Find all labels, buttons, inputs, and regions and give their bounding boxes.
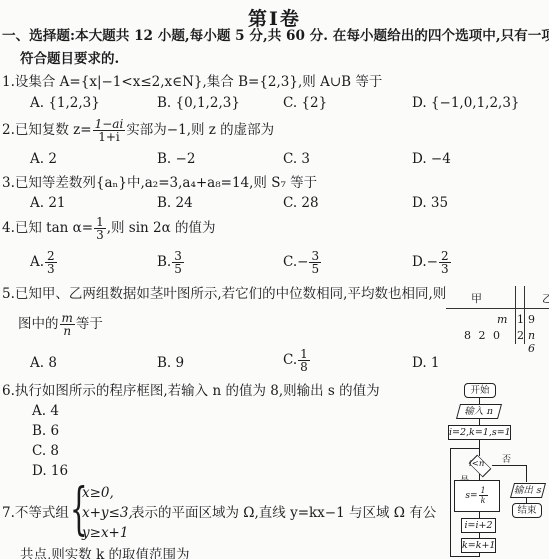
increment-i-node: i=i+2 — [461, 518, 496, 533]
question-stem: 不等式组 — [15, 505, 69, 521]
option-sign: − — [427, 254, 438, 270]
inequality-2: x+y≤3, — [82, 504, 133, 522]
q3-option-b: B. 24 — [157, 195, 193, 211]
q1-option-a: A. {1,2,3} — [30, 95, 100, 111]
numerator: 1 — [479, 486, 488, 496]
q4-option-d: D.−23 — [412, 250, 452, 275]
connector — [526, 465, 527, 482]
stem: 2 — [517, 329, 524, 342]
end-node: 结束 — [512, 503, 542, 518]
condition-label: i<n — [469, 459, 484, 469]
question-4: 4.已知 tan α=13,则 sin 2α 的值为 — [2, 216, 216, 241]
question-stem: 等于 — [76, 316, 103, 332]
question-number: 1. — [2, 74, 15, 90]
question-stem: 已知等差数列{aₙ}中,a₂=3,a₄+a₈=14,则 S₇ 等于 — [15, 175, 317, 191]
question-stem: 已知甲、乙两组数据如茎叶图所示,若它们的中位数相同,平均数也相同,则 — [15, 286, 446, 302]
option-label: D. — [412, 254, 427, 270]
inequality-3: y≥x+1 — [82, 524, 128, 542]
leaf-right: n 6 — [528, 329, 549, 355]
question-stem: 实部为−1,则 z 的虚部为 — [126, 122, 274, 138]
q2-option-c: C. 3 — [283, 151, 310, 167]
question-stem: 已知复数 z= — [15, 122, 92, 138]
denominator: n — [60, 325, 75, 337]
q6-option-d: D. 16 — [32, 463, 68, 479]
init-node: i=2,k=1,s=1 — [448, 425, 511, 440]
q2-option-b: B. −2 — [157, 151, 195, 167]
question-3: 3.已知等差数列{aₙ}中,a₂=3,a₄+a₈=14,则 S₇ 等于 — [2, 174, 317, 192]
q4-option-c: C.−35 — [283, 250, 322, 275]
input-node: 输入 n — [456, 404, 502, 419]
stem-divider-right — [524, 286, 525, 344]
q6-option-a: A. 4 — [32, 403, 59, 419]
q6-option-c: C. 8 — [32, 443, 59, 459]
denominator: k — [479, 496, 488, 505]
denominator: 3 — [45, 263, 57, 275]
connector — [492, 465, 526, 466]
q2-option-d: D. −4 — [412, 151, 451, 167]
question-stem: 已知 tan α= — [15, 220, 93, 236]
loop-back-line — [450, 448, 451, 556]
fraction: 1−ai1+i — [93, 118, 126, 143]
fraction: 18 — [298, 348, 310, 373]
leaf-left: m — [497, 313, 507, 326]
q3-option-c: C. 28 — [283, 195, 319, 211]
question-number: 2. — [2, 122, 15, 138]
question-number: 5. — [2, 286, 15, 302]
option-label: B. — [157, 254, 171, 270]
inequality-1: x≥0, — [82, 484, 114, 502]
q3-option-d: D. 35 — [412, 195, 448, 211]
denominator: 8 — [298, 361, 310, 373]
fraction: mn — [60, 312, 75, 337]
q5-option-d: D. 1 — [412, 355, 440, 371]
leaf-right: 9 — [528, 313, 535, 326]
leaf-left: 8 2 0 — [464, 329, 500, 342]
question-5: 5.已知甲、乙两组数据如茎叶图所示,若它们的中位数相同,平均数也相同,则 — [2, 285, 446, 303]
stem: 1 — [517, 313, 524, 326]
q4-option-b: B.35 — [157, 250, 185, 275]
question-7: 7.不等式组 — [2, 504, 69, 522]
option-label: C. — [283, 352, 297, 368]
question-stem: 设集合 A={x|−1<x≤2,x∈N},集合 B={2,3},则 A∪B 等于 — [15, 74, 382, 90]
denominator: 5 — [172, 263, 184, 275]
fraction: 23 — [45, 250, 57, 275]
question-1: 1.设集合 A={x|−1<x≤2,x∈N},集合 B={2,3},则 A∪B … — [2, 73, 382, 91]
question-number: 6. — [2, 383, 15, 399]
connector — [479, 439, 480, 456]
no-label: 否 — [502, 452, 511, 465]
question-6: 6.执行如图所示的程序框图,若输入 n 的值为 8,则输出 s 的值为 — [2, 382, 380, 400]
output-node: 输出 s — [510, 483, 546, 498]
question-number: 3. — [2, 175, 15, 191]
left-group-label: 甲 — [471, 290, 482, 306]
flowchart: 开始 输入 n i=2,k=1,s=1 i<n 否 是 s=1k(s×i) 输出… — [420, 380, 549, 559]
header-divider — [446, 308, 549, 309]
denominator: 1+i — [93, 131, 126, 143]
option-sign: − — [297, 254, 308, 270]
q5-option-b: B. 9 — [157, 355, 184, 371]
q6-option-b: B. 6 — [32, 423, 59, 439]
q1-option-b: B. {0,1,2,3} — [157, 95, 240, 111]
denominator: 5 — [309, 263, 321, 275]
q3-option-a: A. 21 — [30, 195, 66, 211]
q2-option-a: A. 2 — [30, 151, 57, 167]
start-node: 开始 — [464, 383, 496, 398]
option-label: A. — [30, 254, 44, 270]
fraction: 13 — [94, 216, 106, 241]
question-7-stem: 表示的平面区域为 Ω,直线 y=kx−1 与区域 Ω 有公 — [131, 504, 436, 522]
right-group-label: 乙 — [542, 290, 549, 306]
section-heading-cont: 符合题目要求的. — [20, 50, 119, 68]
question-2: 2.已知复数 z=1−ai1+i实部为−1,则 z 的虚部为 — [2, 118, 274, 143]
loop-back-line — [450, 556, 480, 557]
stem-leaf-plot: 甲 乙 m 1 9 8 2 0 2 n 6 — [446, 286, 549, 346]
question-7-cont: 共点,则实数 k 的取值范围为 — [20, 546, 190, 559]
q5-option-c: C.18 — [283, 348, 311, 373]
fraction: 1k — [479, 486, 488, 505]
fraction: 23 — [439, 250, 451, 275]
assign-text: s= — [465, 491, 477, 501]
q5-option-a: A. 8 — [30, 355, 57, 371]
question-stem: 执行如图所示的程序框图,若输入 n 的值为 8,则输出 s 的值为 — [15, 383, 380, 399]
option-label: C. — [283, 254, 297, 270]
denominator: 3 — [94, 229, 106, 241]
fraction: 35 — [172, 250, 184, 275]
fraction: 35 — [309, 250, 321, 275]
connector — [479, 418, 480, 425]
q1-option-c: C. {2} — [283, 95, 327, 111]
question-5-cont: 图中的mn等于 — [18, 312, 103, 337]
connector — [479, 397, 480, 404]
question-number: 4. — [2, 220, 15, 236]
section-heading: 一、选择题:本大题共 12 小题,每小题 5 分,共 60 分. 在每小题给出的… — [2, 27, 549, 45]
increment-k-node: k=k+1 — [461, 538, 496, 553]
question-stem: ,则 sin 2α 的值为 — [107, 220, 216, 236]
stem-divider-left — [515, 286, 516, 344]
connector — [479, 511, 480, 518]
loop-back-line — [450, 448, 479, 449]
q4-option-a: A.23 — [30, 250, 58, 275]
question-stem: 图中的 — [18, 316, 59, 332]
q1-option-d: D. {−1,0,1,2,3} — [412, 95, 520, 111]
denominator: 3 — [439, 263, 451, 275]
assign-node: s=1k(s×i) — [454, 480, 500, 512]
question-number: 7. — [2, 505, 15, 521]
